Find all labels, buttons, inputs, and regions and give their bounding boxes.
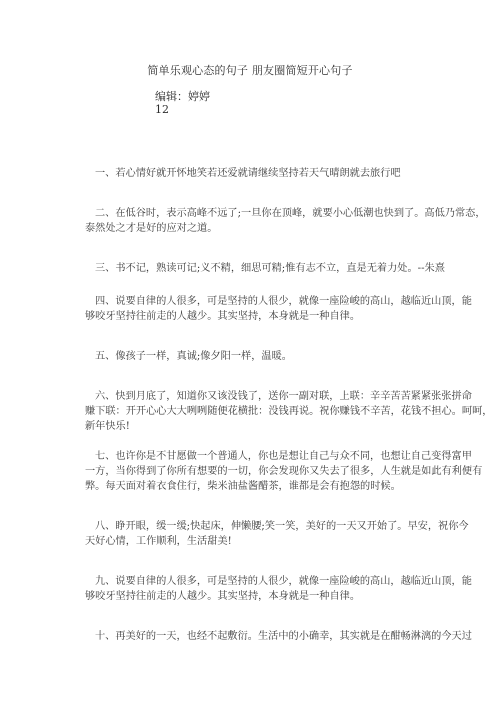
paragraph-line: 七、也许你是不甘愿做一个普通人，你也是想让自己与众不同，也想让自己变得富甲 [85,449,425,464]
paragraph-line: 六、快到月底了，知道你又该没钱了，送你一副对联，上联：辛辛苦苦紧紧张张拼命 [85,389,425,404]
paragraph-6: 六、快到月底了，知道你又该没钱了，送你一副对联，上联：辛辛苦苦紧紧张张拼命 赚下… [85,389,425,434]
paragraph-line: 十、再美好的一天，也经不起敷衍。生活中的小确幸，其实就是在酣畅淋漓的今天过 [85,629,425,644]
paragraph-line: 五、像孩子一样，真诚;像夕阳一样，温暖。 [85,349,425,364]
paragraph-9: 九、说要自律的人很多，可是坚持的人很少，就像一座险峻的高山，越临近山顶，能 够咬… [85,574,425,604]
document-title: 简单乐观心态的句子 朋友圈简短开心句子 [0,62,500,78]
paragraph-line: 四、说要自律的人很多，可是坚持的人很少，就像一座险峻的高山，越临近山顶，能 [85,294,425,309]
paragraph-10: 十、再美好的一天，也经不起敷衍。生活中的小确幸，其实就是在酣畅淋漓的今天过 [85,629,425,644]
paragraph-line: 够咬牙坚持往前走的人越少。其实坚持，本身就是一种自律。 [85,309,425,324]
count-label: 12 [155,103,169,116]
paragraph-line: 新年快乐! [85,419,425,434]
paragraph-line: 二、在低谷时，表示高峰不远了;一旦你在顶峰，就要小心低潮也快到了。高低乃常态， [85,206,425,221]
paragraph-line: 泰然处之才是好的应对之道。 [85,221,425,236]
paragraph-8: 八、睁开眼，缓一缓;快起床，伸懒腰;笑一笑，美好的一天又开始了。早安，祝你今 天… [85,519,425,549]
paragraph-line: 九、说要自律的人很多，可是坚持的人很少，就像一座险峻的高山，越临近山顶，能 [85,574,425,589]
paragraph-line: 三、书不记，熟读可记;义不精，细思可精;惟有志不立，直是无着力处。--朱熹 [85,261,425,276]
paragraph-7: 七、也许你是不甘愿做一个普通人，你也是想让自己与众不同，也想让自己变得富甲 一方… [85,449,425,494]
paragraph-3: 三、书不记，熟读可记;义不精，细思可精;惟有志不立，直是无着力处。--朱熹 [85,261,425,276]
paragraph-line: 一方，当你得到了你所有想要的一切，你会发现你又失去了很多，人生就是如此有利便有 [85,464,425,479]
paragraph-4: 四、说要自律的人很多，可是坚持的人很少，就像一座险峻的高山，越临近山顶，能 够咬… [85,294,425,324]
paragraph-5: 五、像孩子一样，真诚;像夕阳一样，温暖。 [85,349,425,364]
paragraph-line: 一、若心情好就开怀地笑若还爱就请继续坚持若天气晴朗就去旅行吧 [85,166,425,181]
paragraph-line: 八、睁开眼，缓一缓;快起床，伸懒腰;笑一笑，美好的一天又开始了。早安，祝你今 [85,519,425,534]
paragraph-1: 一、若心情好就开怀地笑若还爱就请继续坚持若天气晴朗就去旅行吧 [85,166,425,181]
paragraph-line: 天好心情，工作顺利，生活甜美! [85,534,425,549]
paragraph-line: 弊。每天面对着衣食住行，柴米油盐酱醋茶，谁都是会有抱怨的时候。 [85,479,425,494]
paragraph-line: 够咬牙坚持往前走的人越少。其实坚持，本身就是一种自律。 [85,589,425,604]
paragraph-2: 二、在低谷时，表示高峰不远了;一旦你在顶峰，就要小心低潮也快到了。高低乃常态， … [85,206,425,236]
paragraph-line: 赚下联：开开心心大大咧咧随便花横批：没钱再说。祝你赚钱不辛苦，花钱不担心。呵呵， [85,404,425,419]
editor-label: 编辑：婷婷 [155,88,210,104]
document-page: 简单乐观心态的句子 朋友圈简短开心句子 编辑：婷婷 12 一、若心情好就开怀地笑… [0,0,500,708]
